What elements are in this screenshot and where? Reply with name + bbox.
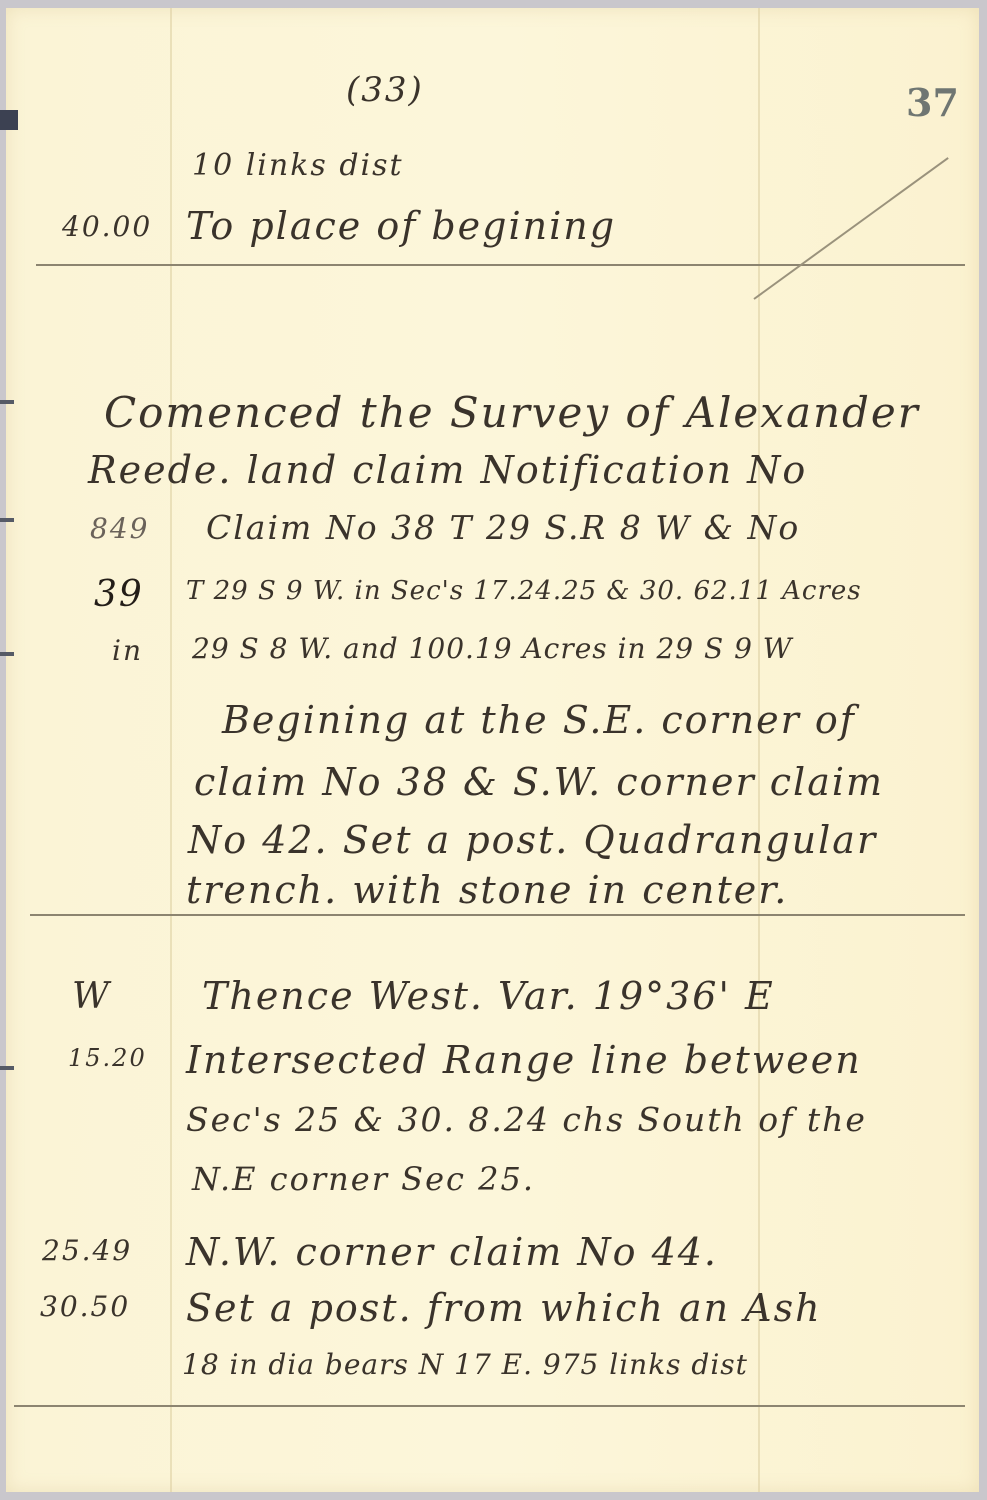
entry-divider [14,1405,965,1407]
entry-line: N.E corner Sec 25. [192,1160,535,1198]
margin-value: 40.00 [62,210,152,243]
binding-mark [0,652,14,656]
entry-line: 18 in dia bears N 17 E. 975 links dist [182,1348,748,1381]
ledger-page: 37 (33) 10 links dist 40.00 To place of … [6,8,979,1492]
entry-line: claim No 38 & S.W. corner claim [194,760,884,804]
margin-value: 15.20 [68,1044,147,1072]
entry-line: 10 links dist [192,148,404,183]
entry-line: No 42. Set a post. Quadrangular [188,818,877,862]
margin-value: 30.50 [40,1290,130,1323]
binding-mark [0,518,14,522]
entry-line: Intersected Range line between [186,1038,862,1082]
margin-value: 39 [94,574,144,615]
binding-mark [0,400,14,404]
entry-line: 29 S 8 W. and 100.19 Acres in 29 S 9 W [192,632,793,665]
entry-divider [36,264,965,266]
entry-line: N.W. corner claim No 44. [186,1230,718,1274]
strike-diagonal [753,157,948,300]
entry-line: Sec's 25 & 30. 8.24 chs South of the [186,1100,867,1139]
entry-line: trench. with stone in center. [186,868,788,912]
right-margin-rule [758,8,760,1492]
entry-line: Set a post. from which an Ash [186,1286,822,1330]
entry-line: Claim No 38 T 29 S.R 8 W & No [206,508,800,547]
page-number: 37 [906,80,959,125]
left-margin-rule [170,8,172,1492]
margin-value: in [112,634,143,667]
entry-divider [30,914,965,916]
entry-line: Thence West. Var. 19°36' E [202,974,775,1018]
margin-value: 25.49 [42,1234,132,1267]
entry-line: To place of begining [186,204,616,248]
entry-line: Begining at the S.E. corner of [222,698,856,742]
entry-line: Comenced the Survey of Alexander [104,388,920,437]
entry-line: Reede. land claim Notification No [88,448,807,492]
binding-mark [0,1066,14,1070]
entry-line: T 29 S 9 W. in Sec's 17.24.25 & 30. 62.1… [186,576,862,606]
margin-value: 849 [90,512,149,545]
folio-number: (33) [346,70,424,110]
margin-value: W [72,976,111,1017]
binding-mark [0,110,18,130]
